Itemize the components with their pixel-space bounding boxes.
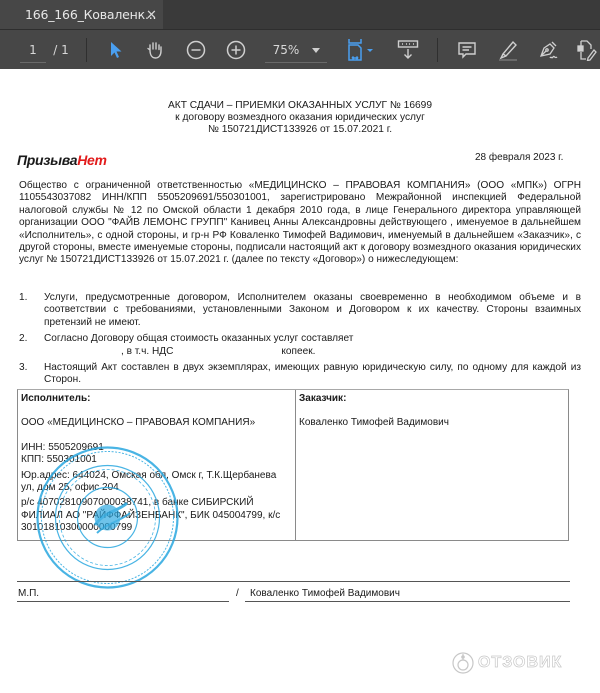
item-number: 1. [19,292,27,304]
list-item: 2. Согласно Договору общая стоимость ока… [19,333,581,358]
select-tool-button[interactable] [106,30,126,70]
seal-signature-line [17,601,229,602]
otzovik-watermark: ОТЗОВИК [452,652,562,674]
vat-label: , в т.ч. НДС [121,346,173,357]
edit-pdf-button[interactable] [574,30,600,70]
executor-cell: Исполнитель: ООО «МЕДИЦИНСКО – ПРАВОВАЯ … [21,393,291,535]
document-date: 28 февраля 2023 г. [475,152,563,163]
document-edit-icon [576,39,598,61]
title-line-3: № 150721ДИСТ133926 от 15.07.2021 г. [0,124,600,136]
close-icon[interactable]: ✕ [146,7,157,23]
document-title: АКТ СДАЧИ – ПРИЕМКИ ОКАЗАННЫХ УСЛУГ № 16… [0,100,600,136]
pen-highlight-icon [497,39,519,61]
signature-separator: / [236,588,239,599]
page-number-input[interactable]: 1 [20,30,46,70]
page-total: / 1 [50,30,72,70]
zoom-in-button[interactable] [224,30,248,70]
customer-name: Коваленко Тимофей Вадимович [299,417,564,429]
executor-name: ООО «МЕДИЦИНСКО – ПРАВОВАЯ КОМПАНИЯ» [21,417,291,429]
fit-page-button[interactable] [345,30,377,70]
hand-icon [145,40,165,60]
scroll-mode-button[interactable] [395,30,421,70]
logo-part-red: Нет [77,152,106,168]
seal-place-label: М.П. [18,588,39,599]
zoom-level-input[interactable]: 75% [268,30,304,70]
act-items-list: 1. Услуги, предусмотренные договором, Ис… [19,292,581,391]
kopecks-label: копеек. [281,346,315,357]
company-logo: ПризываНет [17,152,107,168]
highlight-button[interactable] [496,30,520,70]
plus-circle-icon [226,40,246,60]
executor-header: Исполнитель: [21,393,291,405]
zoom-dropdown-button[interactable] [310,30,322,70]
executor-inn: ИНН: 5505209691 [21,442,291,454]
item-text: Согласно Договору общая стоимость оказан… [44,333,581,345]
zoom-out-button[interactable] [184,30,208,70]
item-price-line: , в т.ч. НДСкопеек. [44,346,581,358]
signer-name: Коваленко Тимофей Вадимович [250,588,400,599]
table-column-divider [295,390,296,540]
sign-button[interactable] [535,30,561,70]
customer-header: Заказчик: [299,393,564,405]
item-number: 2. [19,333,27,345]
logo-part-black: Призыва [17,152,77,168]
tab-bar: 166_166_Коваленк... ✕ [0,0,600,29]
otzovik-logo-icon [452,652,474,674]
zoom-underline [265,62,327,63]
tab-title: 166_166_Коваленк... [25,7,156,22]
toolbar: 1 / 1 75% [0,29,600,69]
parties-table: Исполнитель: ООО «МЕДИЦИНСКО – ПРАВОВАЯ … [17,389,569,541]
executor-address: Юр.адрес: 644024, Омская обл, Омск г, Т.… [21,470,291,495]
document-tab[interactable]: 166_166_Коваленк... ✕ [0,0,163,29]
list-item: 3. Настоящий Акт составлен в двух экземп… [19,362,581,387]
title-line-1: АКТ СДАЧИ – ПРИЕМКИ ОКАЗАННЫХ УСЛУГ № 16… [0,100,600,112]
minus-circle-icon [186,40,206,60]
keyboard-down-icon [397,39,419,61]
divider-line [17,581,570,582]
comment-icon [457,40,477,60]
document-page: АКТ СДАЧИ – ПРИЕМКИ ОКАЗАННЫХ УСЛУГ № 16… [0,70,600,693]
intro-paragraph: Общество с ограниченной ответственностью… [19,180,581,267]
executor-bank-details: р/с 40702810907000038741, в банке СИБИРС… [21,497,291,534]
caret-down-icon [312,48,320,53]
fit-page-icon [346,38,376,62]
signer-signature-line [245,601,570,602]
customer-cell: Заказчик: Коваленко Тимофей Вадимович [299,393,564,430]
item-text: Настоящий Акт составлен в двух экземпляр… [44,362,581,385]
watermark-text: ОТЗОВИК [478,654,562,672]
toolbar-divider [437,38,438,62]
list-item: 1. Услуги, предусмотренные договором, Ис… [19,292,581,329]
item-number: 3. [19,362,27,374]
comment-button[interactable] [456,30,478,70]
title-line-2: к договору возмездного оказания юридичес… [0,112,600,124]
page-input-underline [20,62,46,63]
arrow-cursor-icon [109,41,123,59]
hand-tool-button[interactable] [143,30,167,70]
executor-kpp: КПП: 550301001 [21,454,291,466]
fountain-pen-sign-icon [537,39,559,61]
item-text: Услуги, предусмотренные договором, Испол… [44,292,581,328]
toolbar-divider [86,38,87,62]
